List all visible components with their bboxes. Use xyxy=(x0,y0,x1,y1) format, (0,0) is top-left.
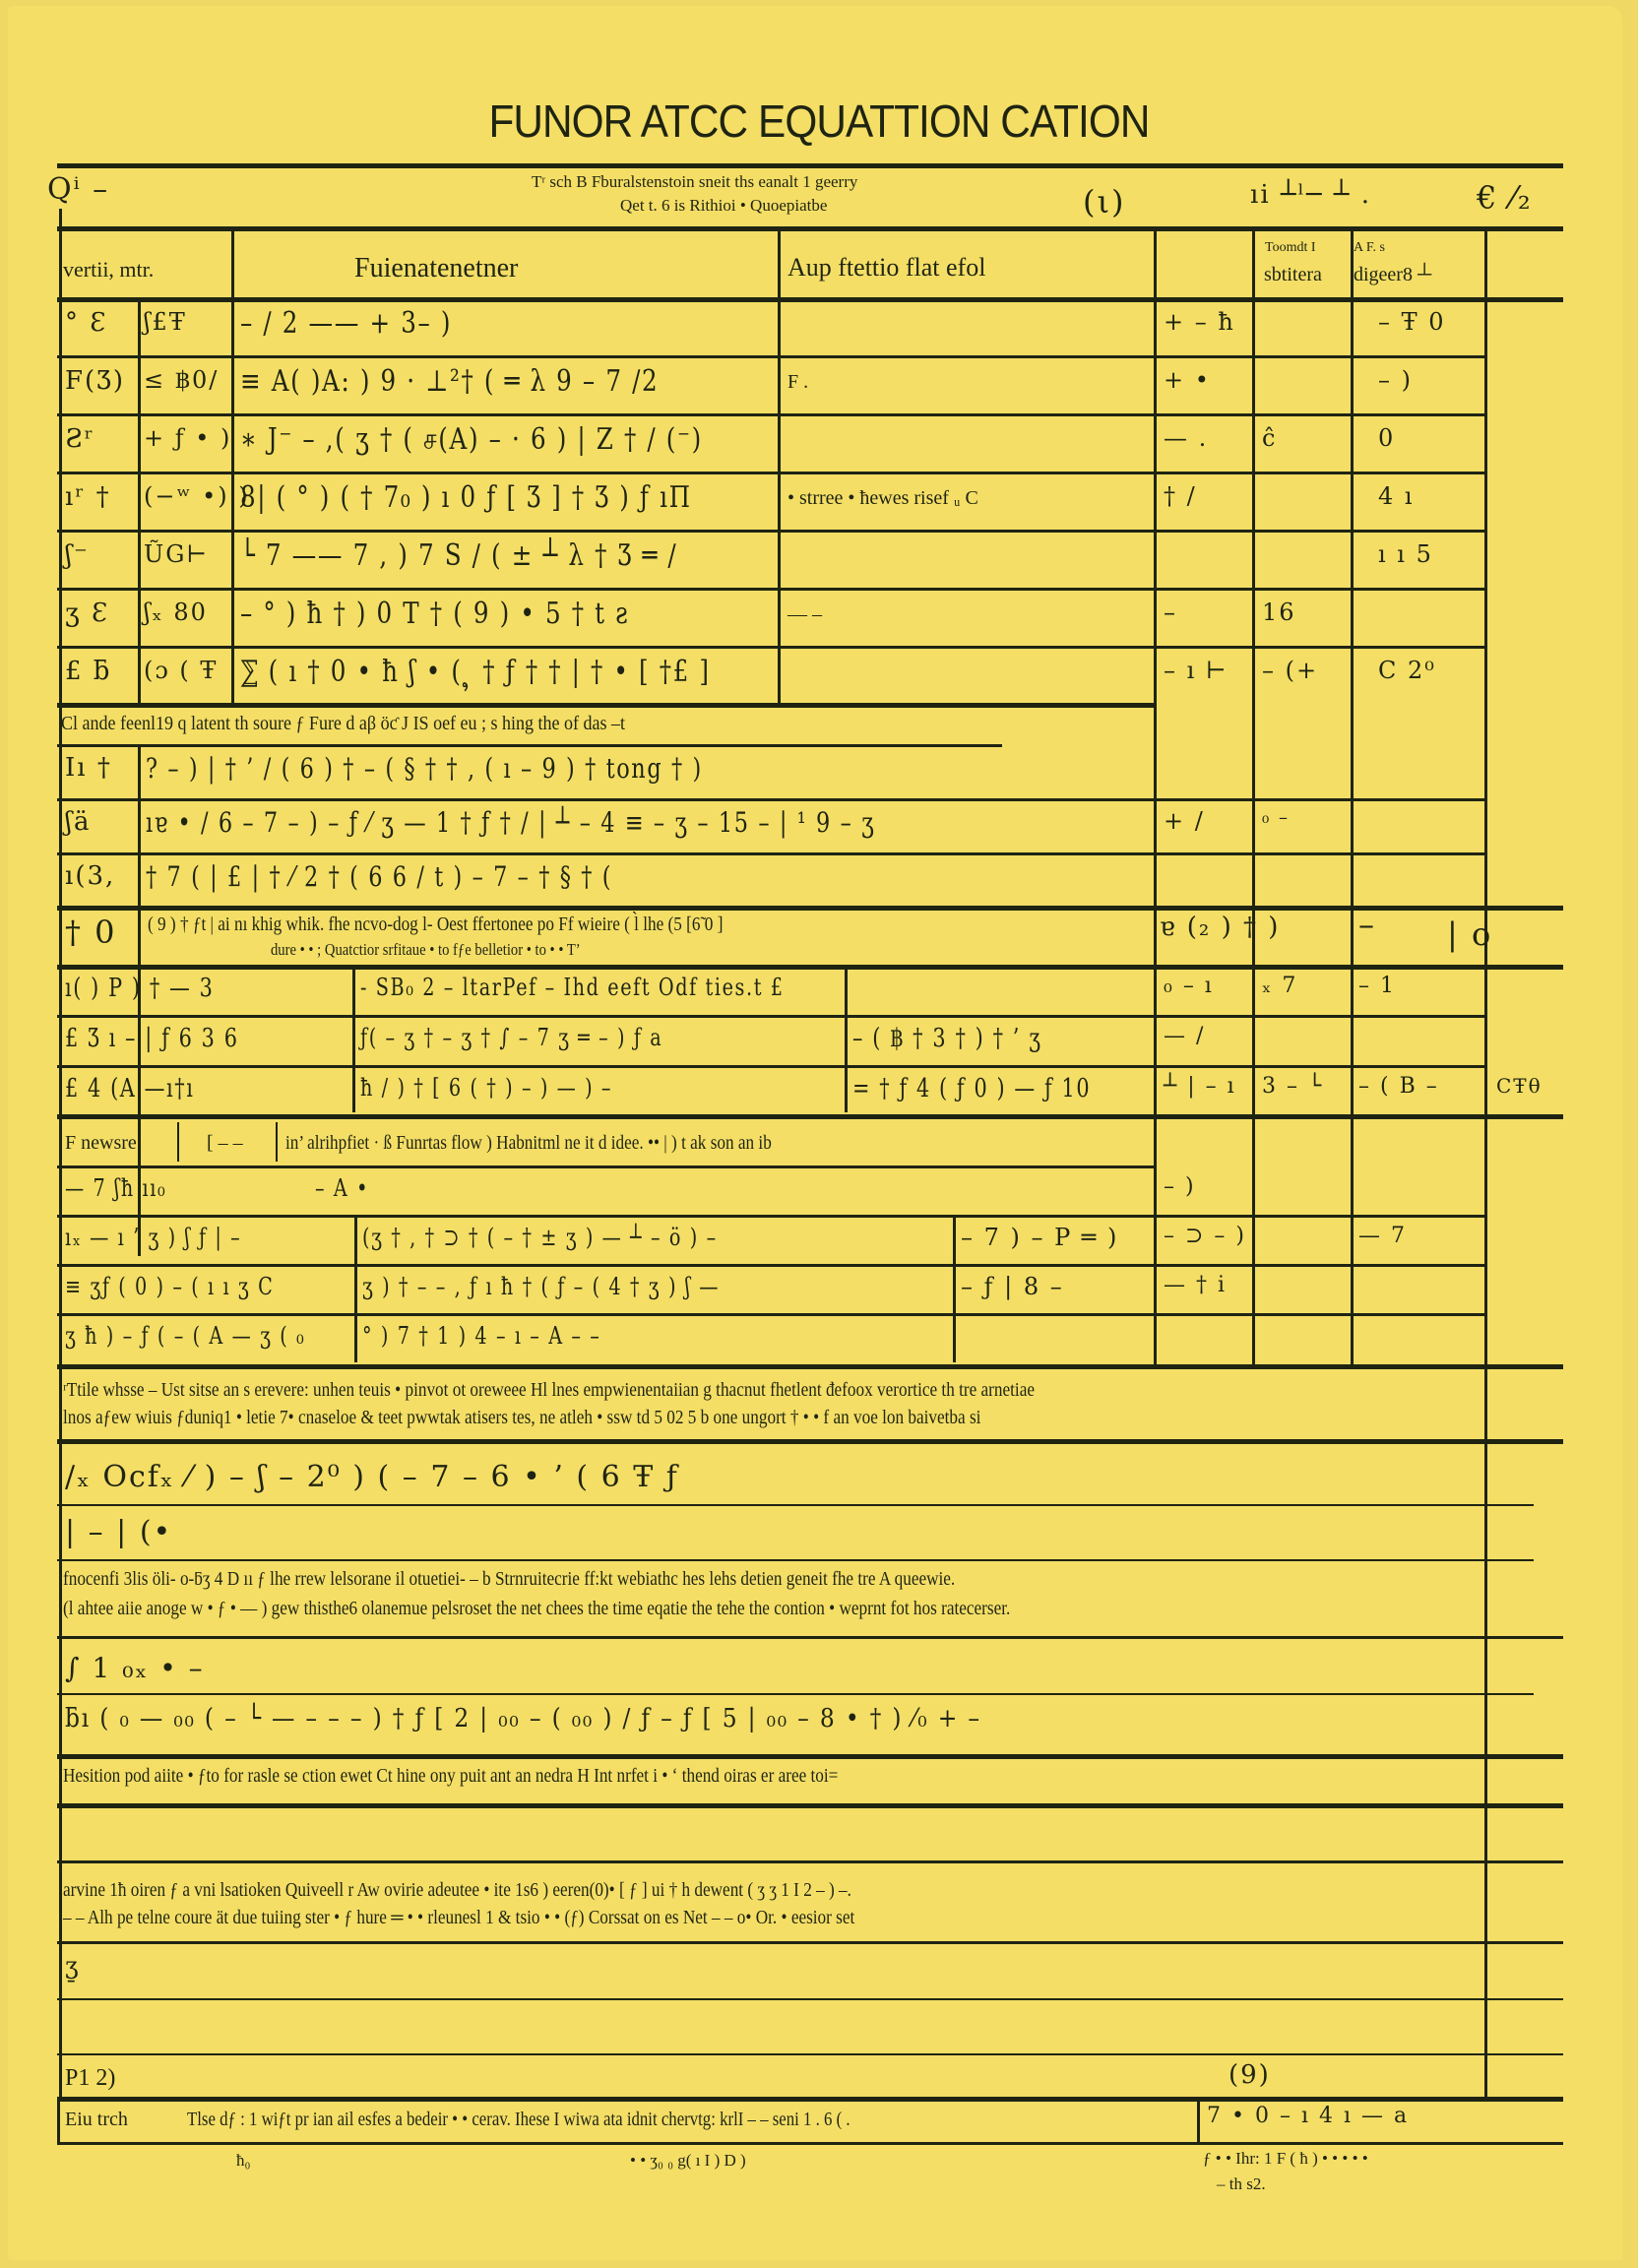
value-cell-6: ı ı 5 xyxy=(1378,541,1433,567)
equation-cell-right: = † ƒ 4 ( ƒ 0 ) — ƒ 10 xyxy=(852,1075,1091,1103)
box-row-text-2: dure • • ; Quatctior srfitaue • to fƒe b… xyxy=(271,941,581,960)
col-divider xyxy=(354,1215,357,1362)
value-cell-4: † / xyxy=(1164,483,1197,509)
box-row-label: † 0 xyxy=(65,915,117,950)
rule xyxy=(57,588,1484,591)
paragraph-2-line2: (l ahtee aiie anoge w • ƒ • — ) gew this… xyxy=(63,1593,1010,1624)
row-label-a: ı( ) P ) † — 3 xyxy=(65,975,215,1003)
row-label-a: £ ƃ xyxy=(65,658,111,686)
footer-left-label: Eiu trch xyxy=(65,2109,128,2130)
row-label-b: (−ʷ •) ) xyxy=(144,483,250,509)
row-label-b: ŨG⊢ xyxy=(144,541,209,567)
value-cell-4: – ⊃ – ) xyxy=(1164,1225,1246,1248)
rule xyxy=(57,1364,1563,1369)
equation-cell: ° ) 7 † 1 ) 4 – ı – A – – xyxy=(362,1323,600,1349)
equation-cell-right: – ( ฿ † 3 † ) † ’ ʒ xyxy=(852,1025,1042,1053)
row-label-b: ʃ£Ŧ xyxy=(144,309,187,335)
equation-cell: ƒ( – ʒ † – ʒ † ∫ – 7 ʒ ═ – ) ƒ a xyxy=(360,1025,662,1050)
section-b-caption-b: [ – – xyxy=(207,1132,243,1154)
row-label-b: ≤ ฿0/ xyxy=(144,367,219,393)
col-header-1: vertii, mtr. xyxy=(63,258,154,282)
value-cell-4: – ı ⊢ xyxy=(1164,658,1228,683)
equation-cell: - SB₀ 2 – ltarPef – Ihd eeft Odf ties.t … xyxy=(360,975,785,1000)
paragraph-4-line2: – – Alh pe telne coure ät due tuiing ste… xyxy=(63,1902,854,1933)
col-divider xyxy=(1351,226,1354,1368)
row-label-a: ıₓ — ı ’ ʒ ) ʃ ƒ | – xyxy=(65,1225,241,1250)
row-label-b: (ɔ ( Ŧ xyxy=(144,658,218,683)
work-line-1: /ₓ Ocfₓ ⁄ ) – ʃ – 2⁰ ) ( – 7 – 6 • ’ ( 6… xyxy=(65,1461,679,1493)
row-label-a: ʒ Ɛ xyxy=(65,599,109,628)
value-cell-4: + / xyxy=(1164,808,1205,834)
note-cell: • strree • ħewes risef ᵤ C xyxy=(787,487,978,509)
rule xyxy=(57,1439,1563,1444)
value-cell-7: CŦθ xyxy=(1496,1075,1543,1097)
value-cell-5: ₓ 7 xyxy=(1262,975,1297,998)
rule xyxy=(57,297,1563,302)
small-mark: ʒ̱ xyxy=(65,1953,81,1979)
footer-below-right-2: – th s2. xyxy=(1217,2175,1266,2194)
value-cell-4: + – ħ xyxy=(1164,309,1235,335)
equation-cell: ? – ) | † ’ / ( 6 ) † – ( § † † , ( ı – … xyxy=(146,754,703,785)
box-row-r3: | o xyxy=(1447,917,1492,952)
rule xyxy=(57,472,1484,474)
work-line-2: | – | (• xyxy=(65,1516,172,1548)
row-label-a: ° Ɛ xyxy=(65,309,107,338)
rule xyxy=(57,1065,1484,1068)
right-border xyxy=(1484,226,1487,2097)
rule xyxy=(57,1693,1534,1695)
value-cell-4: ₀ – ı xyxy=(1164,975,1214,998)
rule xyxy=(57,906,1563,911)
rule xyxy=(57,1504,1534,1506)
bottom-label-right: (9) xyxy=(1228,2061,1271,2090)
work-line-4: ƃı ( ₀ — ₀₀ ( – └ — – – – ) † ƒ [ 2 | ₀₀… xyxy=(65,1705,981,1733)
rule xyxy=(57,355,1484,358)
value-cell-5: 16 xyxy=(1262,599,1296,625)
equation-cell: (ʒ † , † ⊃ † ( – † ± ʒ ) — ┴ – ö ) – xyxy=(362,1225,718,1250)
rule xyxy=(57,1636,1563,1639)
rule xyxy=(57,226,1563,231)
rule xyxy=(57,1114,1563,1119)
row-label-b: + ƒ • ) xyxy=(144,425,231,451)
col-divider xyxy=(138,297,141,705)
value-cell-4: — † i xyxy=(1164,1274,1227,1297)
value-cell-5: ₀ – xyxy=(1262,808,1290,828)
box-row-r1: ɐ (₂ ) † ) xyxy=(1160,913,1280,942)
value-cell-6: 4 ı xyxy=(1378,483,1415,509)
rule xyxy=(57,744,1002,747)
col-header-6-top: A F. s xyxy=(1354,240,1385,255)
value-cell-6: C 2⁰ xyxy=(1378,658,1436,683)
col-header-5-top: Toomdt I xyxy=(1265,240,1316,255)
col-divider xyxy=(1154,226,1157,1368)
value-cell-6: – ) xyxy=(1378,367,1413,393)
equation-cell: ⅀ ( ı † 0 • ħ ʃ • ( ຸ † ƒ † † | † • [ †£… xyxy=(240,656,711,688)
equation-cell-right: – 7 ) – P ═ ) xyxy=(961,1225,1118,1250)
header-mark-1: (ι) xyxy=(1083,185,1126,220)
value-cell-4: – xyxy=(1164,599,1177,625)
value-cell-4: + • xyxy=(1164,367,1211,393)
row-label-a: £ 4 (A —ı†ı xyxy=(65,1075,195,1103)
col-divider xyxy=(953,1215,956,1362)
row-label-a: Ƨʳ xyxy=(65,425,95,454)
rule xyxy=(57,1860,1563,1863)
rule xyxy=(57,965,1563,970)
value-cell-4: ┴ | – ı xyxy=(1164,1075,1236,1099)
equation-cell: † 7 ( | £ | † ⁄ 2 † ( 6 6 / t ) – 7 – † … xyxy=(146,862,612,893)
rule xyxy=(57,703,1155,708)
value-cell-6: 0 xyxy=(1378,425,1395,451)
rule xyxy=(57,2053,1563,2055)
value-cell-5: 3 – └ xyxy=(1262,1075,1323,1099)
footer-below-left: ħ₀ xyxy=(236,2152,250,2171)
row-label-a: £ Ʒ ı – | ƒ 6 3 6 xyxy=(65,1025,239,1053)
rule xyxy=(57,1215,1484,1218)
rule xyxy=(57,530,1484,533)
rule xyxy=(57,1015,1484,1018)
row-label-a: ıʳ † xyxy=(65,483,111,512)
equation-cell: ħ / ) † [ 6 ( † ) – ) — ) – xyxy=(360,1075,612,1101)
value-cell-4: — . xyxy=(1164,425,1208,451)
rule xyxy=(57,646,1484,649)
rule xyxy=(57,163,1563,168)
note-cell: F . xyxy=(787,371,808,393)
row-label-a: ʃä xyxy=(65,808,92,837)
rule xyxy=(57,852,1484,855)
rule xyxy=(57,1165,1155,1168)
footer-text: Tlse dƒ : 1 wiƒt pr ian ail esfes a bede… xyxy=(187,2109,850,2130)
work-line-3: ∫ 1 ₀ₓ • – xyxy=(65,1654,205,1684)
footer-below-right-1: ƒ • • Ihr: 1 F ( ħ ) • • • • • xyxy=(1203,2150,1368,2169)
value-cell-6: — 7 xyxy=(1358,1225,1407,1248)
equation-cell: ≡ A( )A: ) 9 · ⊥²† ( ═ λ 9 – 7 /2 xyxy=(240,365,659,398)
rule xyxy=(57,798,1484,801)
equation-cell: – / 2 —— + 3– ) xyxy=(240,307,452,340)
box-row-text-1: ( 9 ) † ƒt | ai nı khig whik. fhe ncvo-d… xyxy=(148,913,723,935)
col-divider xyxy=(177,1122,179,1162)
col-divider xyxy=(276,1122,278,1162)
bottom-label-left: P1 2) xyxy=(65,2065,115,2091)
rule xyxy=(57,1998,1563,2000)
equation-cell: 8| ( ° ) ( † 7₀ ) ı 0 ƒ [ Ʒ ] † Ʒ ) ƒ ıΠ xyxy=(240,481,692,514)
rule xyxy=(57,413,1484,416)
rule xyxy=(57,2097,1563,2102)
row-label-a: Iı † xyxy=(65,754,112,783)
value-cell-4: – ) xyxy=(1164,1175,1196,1199)
footer-below-mid: • • ʒ₀ ₀ g( ı I ) D ) xyxy=(630,2152,746,2171)
box-row-r2: – xyxy=(1358,908,1376,942)
row-label-a: ʃ⁻ xyxy=(65,541,90,570)
rule xyxy=(57,1803,1563,1808)
row-label-a: ≡ ʒƒ ( 0 ) – ( ı ı ʒ C xyxy=(65,1274,274,1299)
col-divider xyxy=(1252,226,1255,1368)
section-a-caption: Cl ande feenl19 q latent th soure ƒ Fure… xyxy=(61,713,625,734)
rule xyxy=(57,1754,1563,1759)
left-border xyxy=(59,209,62,2099)
equation-cell: – A • xyxy=(315,1175,369,1201)
row-label-a: ʒ ħ ) – ƒ ( – ( A — ʒ ( ₀ xyxy=(65,1323,305,1349)
header-mark-3: € ⁄₂ xyxy=(1477,181,1533,216)
row-label-a: — 7 ʃħ ıı₀ xyxy=(65,1175,166,1201)
col-divider xyxy=(778,297,781,703)
value-cell-6: – Ŧ 0 xyxy=(1378,309,1446,335)
section-b-caption-c: in’ alrihpfiet · ß Funrtas flow ) Habnit… xyxy=(285,1132,772,1154)
footer-right-values: 7 • 0 – ı 4 ı — a xyxy=(1207,2105,1409,2128)
row-label-a: ı(3, xyxy=(65,862,115,891)
rule xyxy=(57,1559,1534,1561)
equation-cell: ∗ J⁻ – ,( ʒ † ( ச(A) – · 6 ) | Z † / (⁻) xyxy=(240,423,703,456)
row-label-b: ʃₓ 80 xyxy=(144,599,208,625)
rule xyxy=(57,1313,1484,1316)
header-mark-2: ıi ┴ˡ─ ┴ . xyxy=(1250,181,1371,210)
equation-cell: – ° ) ħ † ) 0 T † ( 9 ) • 5 † t ƨ xyxy=(240,598,629,630)
col-divider xyxy=(845,965,848,1112)
note-cell: — – xyxy=(787,603,822,625)
row-label-a: F(Ʒ) xyxy=(65,367,125,396)
paragraph-3: Hesition pod aiite • ƒto for rasle se ct… xyxy=(63,1760,838,1792)
section-b-caption-a: F newsre xyxy=(65,1132,137,1154)
rule xyxy=(57,1264,1484,1267)
document-title: FUNOR ATCC EQUATTION CATION xyxy=(66,94,1573,148)
value-cell-5: – (+ xyxy=(1262,658,1318,683)
equation-cell: ʒ ) † – – , ƒ ı ħ † ( ƒ – ( 4 † ʒ ) ʃ — xyxy=(362,1274,720,1299)
rule xyxy=(57,2142,1563,2145)
equation-cell: ıɐ • / 6 – 7 – ) – ƒ ⁄ ʒ — 1 † ƒ † / | ┴… xyxy=(146,808,875,839)
rule xyxy=(57,1941,1563,1944)
col-divider xyxy=(352,965,355,1112)
value-cell-6: – ( B – xyxy=(1358,1075,1439,1099)
col-header-3: Aup ftettio flat efol xyxy=(787,254,985,283)
footer-left-border xyxy=(57,2097,60,2144)
value-cell-5: ĉ xyxy=(1262,425,1277,451)
col-header-6: digeer8 ┴ xyxy=(1354,264,1431,285)
col-header-2: Fuienatenetner xyxy=(354,254,518,284)
paragraph-2-line1: fnocenfi 3lis öli- o-ƃʒ 4 D ıı ƒ lhe rre… xyxy=(63,1563,955,1595)
header-center-line2: Qet t. 6 is Rithioi • Quoepiatbe xyxy=(620,197,827,216)
value-cell-4: — / xyxy=(1164,1025,1205,1048)
col-divider xyxy=(1197,2097,1200,2144)
paragraph-1-line2: lnos aƒew wiuis ƒduniq1 • letie 7• cnase… xyxy=(63,1402,980,1433)
header-left-mark: Qⁱ – xyxy=(47,173,109,206)
equation-cell-right: – ƒ | 8 – xyxy=(961,1274,1064,1299)
equation-cell: └ 7 —— 7 , ) 7 S / ( ± ┴ λ † Ʒ ═ / xyxy=(240,539,677,572)
col-header-5: sbtitera xyxy=(1264,264,1322,285)
header-center-line1: Tʳ sch B Fburalstenstoin sneit ths eanal… xyxy=(532,173,857,192)
value-cell-6: – 1 xyxy=(1358,975,1396,998)
